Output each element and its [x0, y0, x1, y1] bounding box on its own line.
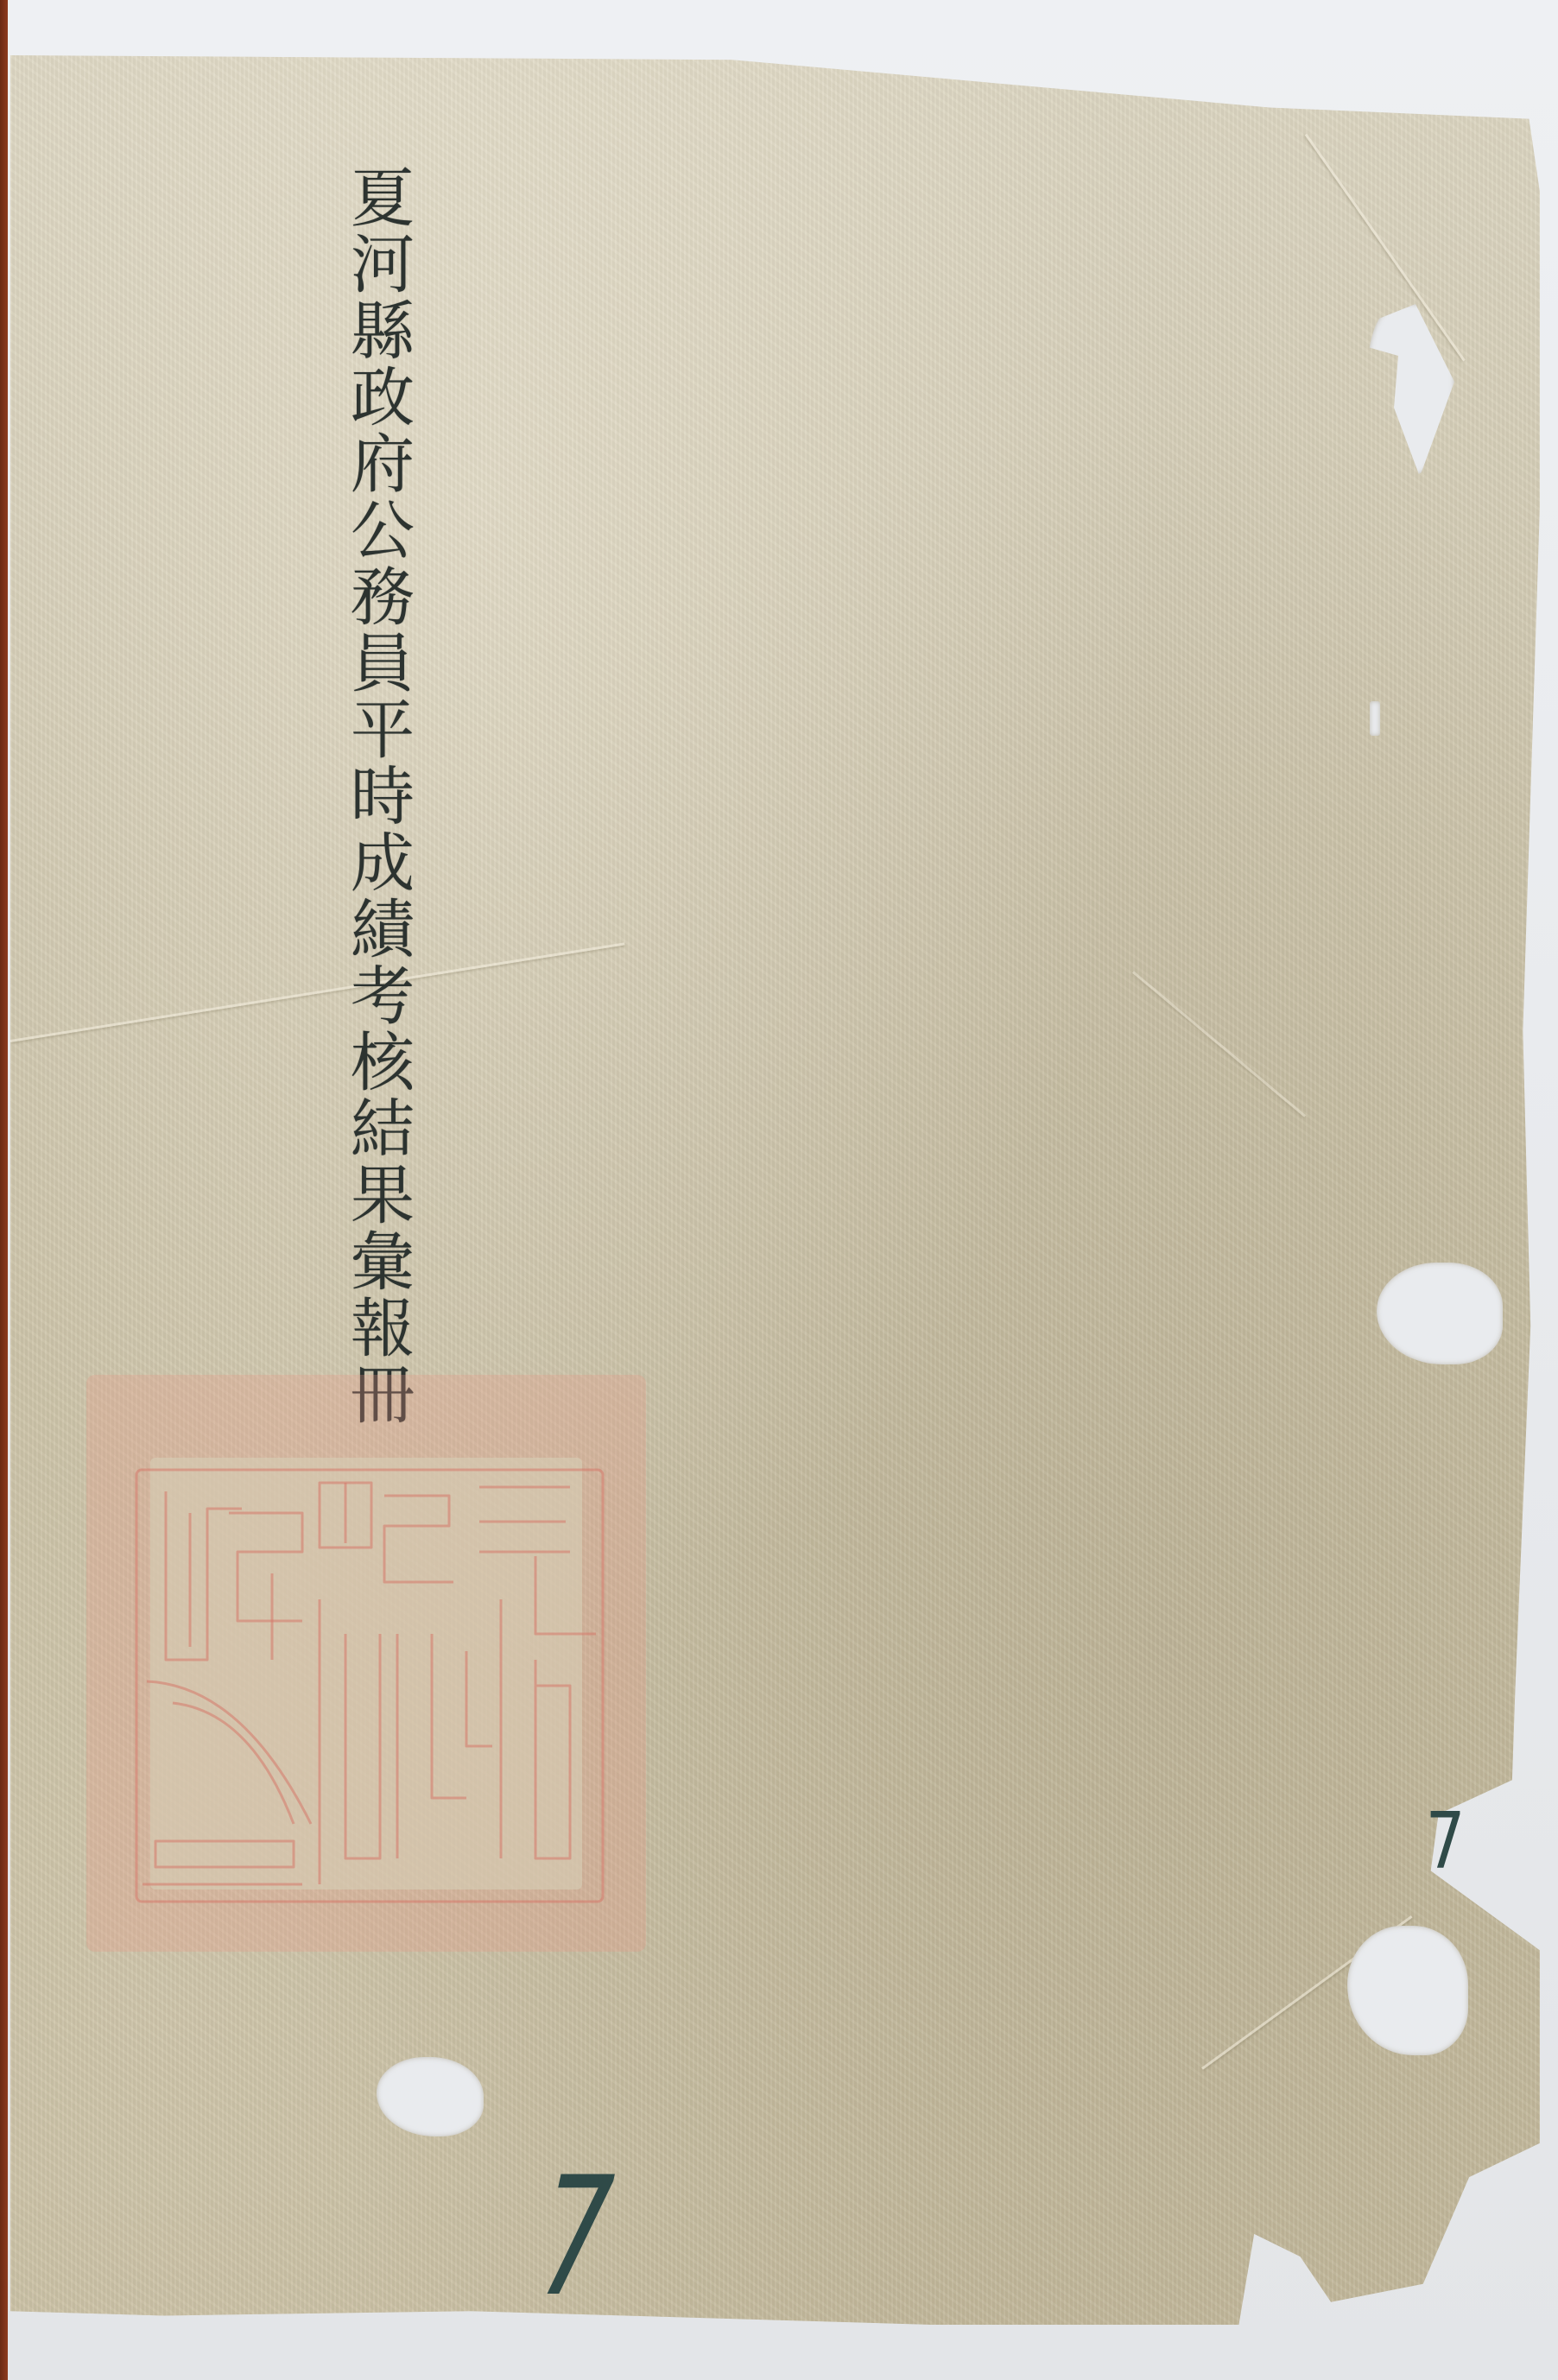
binding-strip — [0, 0, 8, 2380]
seal-script-icon — [86, 1375, 646, 1952]
document-title: 夏河縣政府公務員平時成績考核結果彙報冊 — [330, 164, 425, 1427]
paper-crease — [10, 942, 625, 1042]
document-page — [10, 55, 1546, 2325]
paper-hole — [1370, 701, 1380, 736]
official-seal — [86, 1375, 646, 1952]
paper-crease — [1132, 971, 1306, 1117]
handwritten-edge-mark: 7 — [1426, 1796, 1466, 1887]
